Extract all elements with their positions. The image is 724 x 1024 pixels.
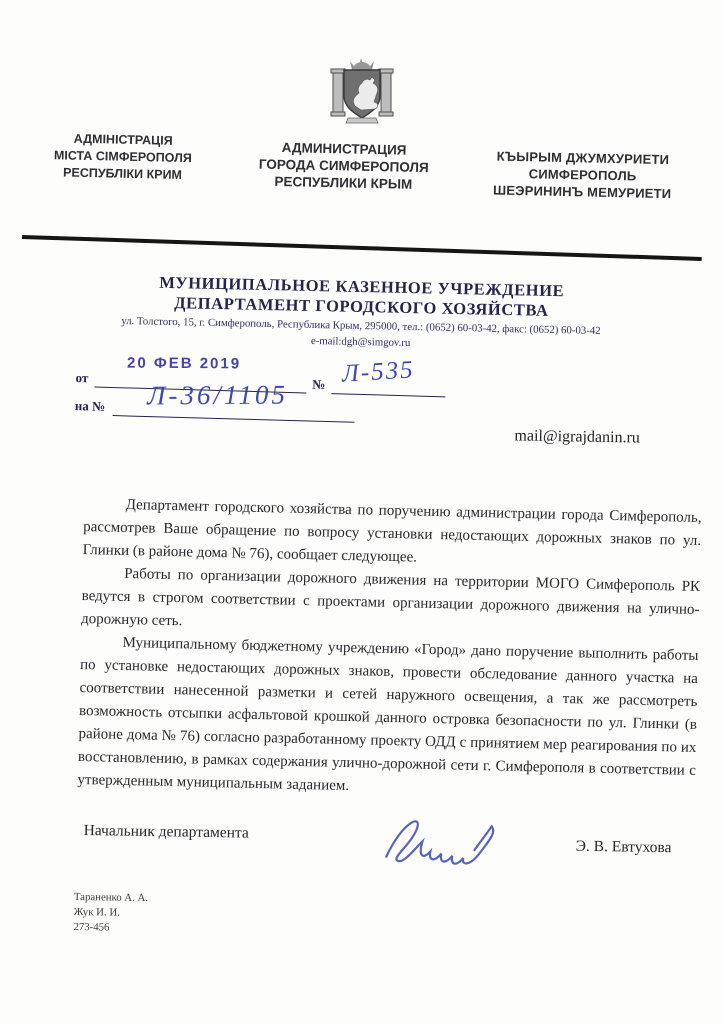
letterhead-line: ШЕЭРИНИНЪ МЕМУРИЕТИ (465, 181, 699, 203)
letterhead-divider (22, 235, 702, 261)
outgoing-number-handwritten: Л-535 (341, 356, 415, 388)
date-stamp: 20 ФЕВ 2019 (127, 355, 241, 373)
letterhead: АДМІНІСТРАЦІЯ МІСТА СІМФЕРОПОЛЯ РЕСПУБЛІ… (0, 129, 724, 203)
paragraph: Муниципальному бюджетному учреждению «Го… (77, 631, 698, 806)
reference-block: от 20 ФЕВ 2019 № Л-535 на № Л-36/1105 (75, 365, 506, 427)
signature-block: Начальник департамента Э. В. Евтухова (83, 808, 672, 871)
organization-block: МУНИЦИПАЛЬНОЕ КАЗЕННОЕ УЧРЕЖДЕНИЕ ДЕПАРТ… (0, 269, 724, 356)
letter-body: Департамент городского хозяйства по пору… (77, 493, 702, 806)
letterhead-ukrainian: АДМІНІСТРАЦІЯ МІСТА СІМФЕРОПОЛЯ РЕСПУБЛІ… (23, 130, 222, 185)
from-label: от (75, 370, 88, 387)
scanned-letter-page: АДМІНІСТРАЦІЯ МІСТА СІМФЕРОПОЛЯ РЕСПУБЛІ… (0, 0, 724, 1024)
signer-name: Э. В. Евтухова (576, 816, 672, 857)
letterhead-russian: АДМИНИСТРАЦИЯ ГОРОДА СИМФЕРОПОЛЯ РЕСПУБЛ… (236, 138, 451, 193)
number-line: Л-535 (331, 373, 446, 397)
handwritten-signature-icon (378, 813, 529, 869)
signer-position: Начальник департамента (83, 808, 249, 843)
incoming-number-handwritten: Л-36/1105 (147, 379, 288, 411)
number-label: № (312, 377, 326, 394)
executors-footer: Тараненко А. А. Жук И. И. 273-456 (73, 890, 724, 944)
letterhead-crimean-tatar: КЪЫРЫМ ДЖУМХУРИЕТИ СИМФЕРОПОЛЬ ШЕЭРИНИНЪ… (465, 147, 700, 203)
letterhead-line: РЕСПУБЛІКИ КРИМ (23, 164, 221, 185)
reply-label: на № (75, 398, 106, 416)
crimea-coat-of-arms-icon (322, 0, 402, 128)
reply-line: Л-36/1105 (113, 395, 355, 423)
